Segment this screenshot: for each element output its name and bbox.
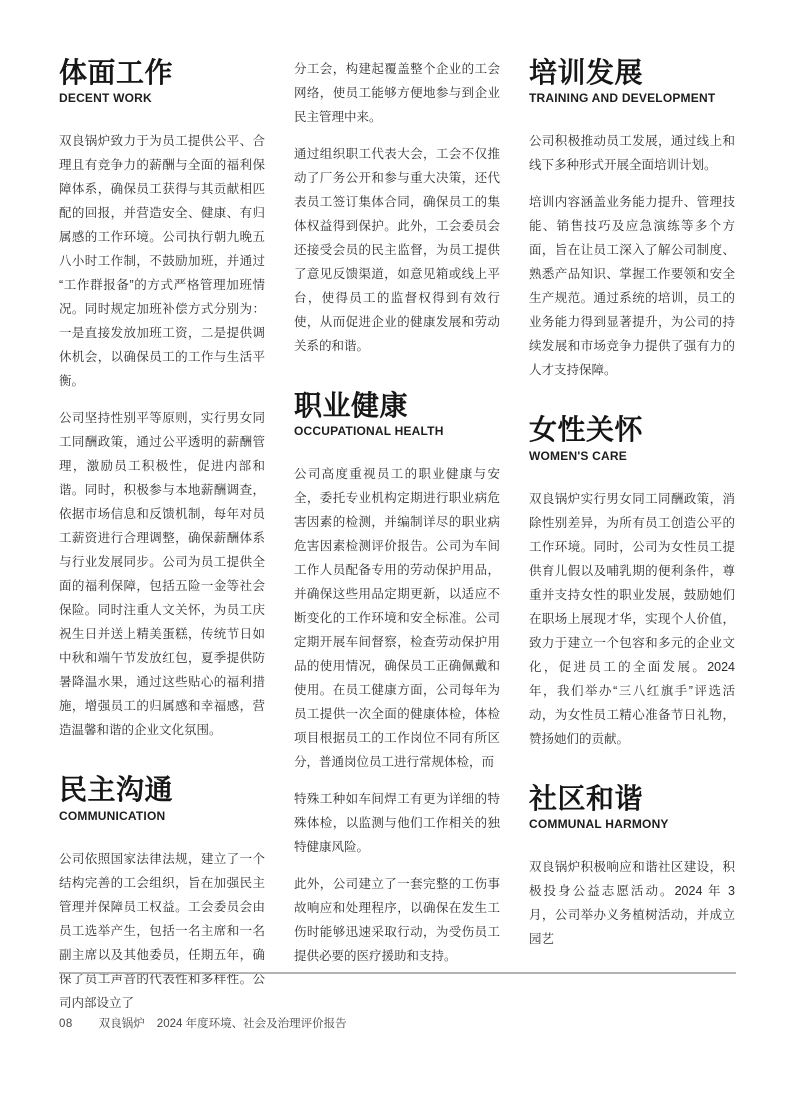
section-title-zh: 女性关怀 <box>529 414 735 445</box>
section-occupational-health: 职业健康 OCCUPATIONAL HEALTH 公司高度重视员工的职业健康与安… <box>294 390 500 968</box>
section-title-zh: 民主沟通 <box>59 774 265 805</box>
occupational-health-heading: 职业健康 OCCUPATIONAL HEALTH <box>294 390 500 438</box>
communication-heading: 民主沟通 COMMUNICATION <box>59 774 265 822</box>
section-womens-care: 女性关怀 WOMEN'S CARE 双良锅炉实行男女同工同酬政策，消除性别差异，… <box>529 414 735 750</box>
paragraph: 此外，公司建立了一套完整的工伤事故响应和处理程序，以确保在发生工伤时能够迅速采取… <box>294 872 500 968</box>
section-title-en: OCCUPATIONAL HEALTH <box>294 424 500 438</box>
training-heading: 培训发展 TRAINING AND DEVELOPMENT <box>529 57 735 105</box>
section-communal-harmony: 社区和谐 COMMUNAL HARMONY 双良锅炉积极响应和谐社区建设，积极投… <box>529 783 735 951</box>
section-title-zh: 职业健康 <box>294 390 500 421</box>
paragraph: 通过组织职工代表大会，工会不仅推动了厂务公开和参与重大决策，还代表员工签订集体合… <box>294 142 500 358</box>
section-title-en: COMMUNAL HARMONY <box>529 817 735 831</box>
section-title-zh: 社区和谐 <box>529 783 735 814</box>
section-title-zh: 培训发展 <box>529 57 735 88</box>
paragraph: 分工会，构建起覆盖整个企业的工会网络，使员工能够方便地参与到企业民主管理中来。 <box>294 57 500 129</box>
communal-harmony-heading: 社区和谐 COMMUNAL HARMONY <box>529 783 735 831</box>
paragraph: 双良锅炉积极响应和谐社区建设，积极投身公益志愿活动。2024 年 3 月，公司举… <box>529 855 735 951</box>
section-title-en: WOMEN'S CARE <box>529 449 735 463</box>
section-union-continuation: 分工会，构建起覆盖整个企业的工会网络，使员工能够方便地参与到企业民主管理中来。 … <box>294 57 500 358</box>
section-title-en: TRAINING AND DEVELOPMENT <box>529 91 735 105</box>
paragraph: 双良锅炉致力于为员工提供公平、合理且有竞争力的薪酬与全面的福利保障体系，确保员工… <box>59 129 265 393</box>
paragraph: 双良锅炉实行男女同工同酬政策，消除性别差异，为所有员工创造公平的工作环境。同时，… <box>529 487 735 751</box>
footer-divider <box>59 972 736 974</box>
section-title-en: COMMUNICATION <box>59 809 265 823</box>
section-training: 培训发展 TRAINING AND DEVELOPMENT 公司积极推动员工发展… <box>529 57 735 382</box>
footer-report-title: 2024 年度环境、社会及治理评价报告 <box>157 1015 347 1031</box>
page-number: 08 <box>59 1018 73 1030</box>
section-title-zh: 体面工作 <box>59 57 265 88</box>
column-left: 体面工作 DECENT WORK 双良锅炉致力于为员工提供公平、合理且有竞争力的… <box>59 57 265 1028</box>
section-decent-work: 体面工作 DECENT WORK 双良锅炉致力于为员工提供公平、合理且有竞争力的… <box>59 57 265 742</box>
paragraph: 公司依照国家法律法规，建立了一个结构完善的工会组织，旨在加强民主管理并保障员工权… <box>59 847 265 1015</box>
womens-care-heading: 女性关怀 WOMEN'S CARE <box>529 414 735 462</box>
paragraph: 特殊工种如车间焊工有更为详细的特殊体检，以监测与他们工作相关的独特健康风险。 <box>294 787 500 859</box>
paragraph: 公司积极推动员工发展，通过线上和线下多种形式开展全面培训计划。 <box>529 129 735 177</box>
decent-work-heading: 体面工作 DECENT WORK <box>59 57 265 105</box>
content-columns: 体面工作 DECENT WORK 双良锅炉致力于为员工提供公平、合理且有竞争力的… <box>59 57 735 1028</box>
page-footer: 08 双良锅炉 2024 年度环境、社会及治理评价报告 <box>59 1015 347 1031</box>
paragraph: 培训内容涵盖业务能力提升、管理技能、销售技巧及应急演练等多个方面，旨在让员工深入… <box>529 190 735 382</box>
section-title-en: DECENT WORK <box>59 91 265 105</box>
column-middle: 分工会，构建起覆盖整个企业的工会网络，使员工能够方便地参与到企业民主管理中来。 … <box>294 57 500 1028</box>
paragraph: 公司坚持性别平等原则，实行男女同工同酬政策，通过公平透明的薪酬管理，激励员工积极… <box>59 406 265 742</box>
footer-company-name: 双良锅炉 <box>99 1015 145 1031</box>
paragraph: 公司高度重视员工的职业健康与安全，委托专业机构定期进行职业病危害因素的检测，并编… <box>294 462 500 774</box>
section-communication: 民主沟通 COMMUNICATION 公司依照国家法律法规，建立了一个结构完善的… <box>59 774 265 1014</box>
report-page: 体面工作 DECENT WORK 双良锅炉致力于为员工提供公平、合理且有竞争力的… <box>0 0 794 1097</box>
column-right: 培训发展 TRAINING AND DEVELOPMENT 公司积极推动员工发展… <box>529 57 735 1028</box>
